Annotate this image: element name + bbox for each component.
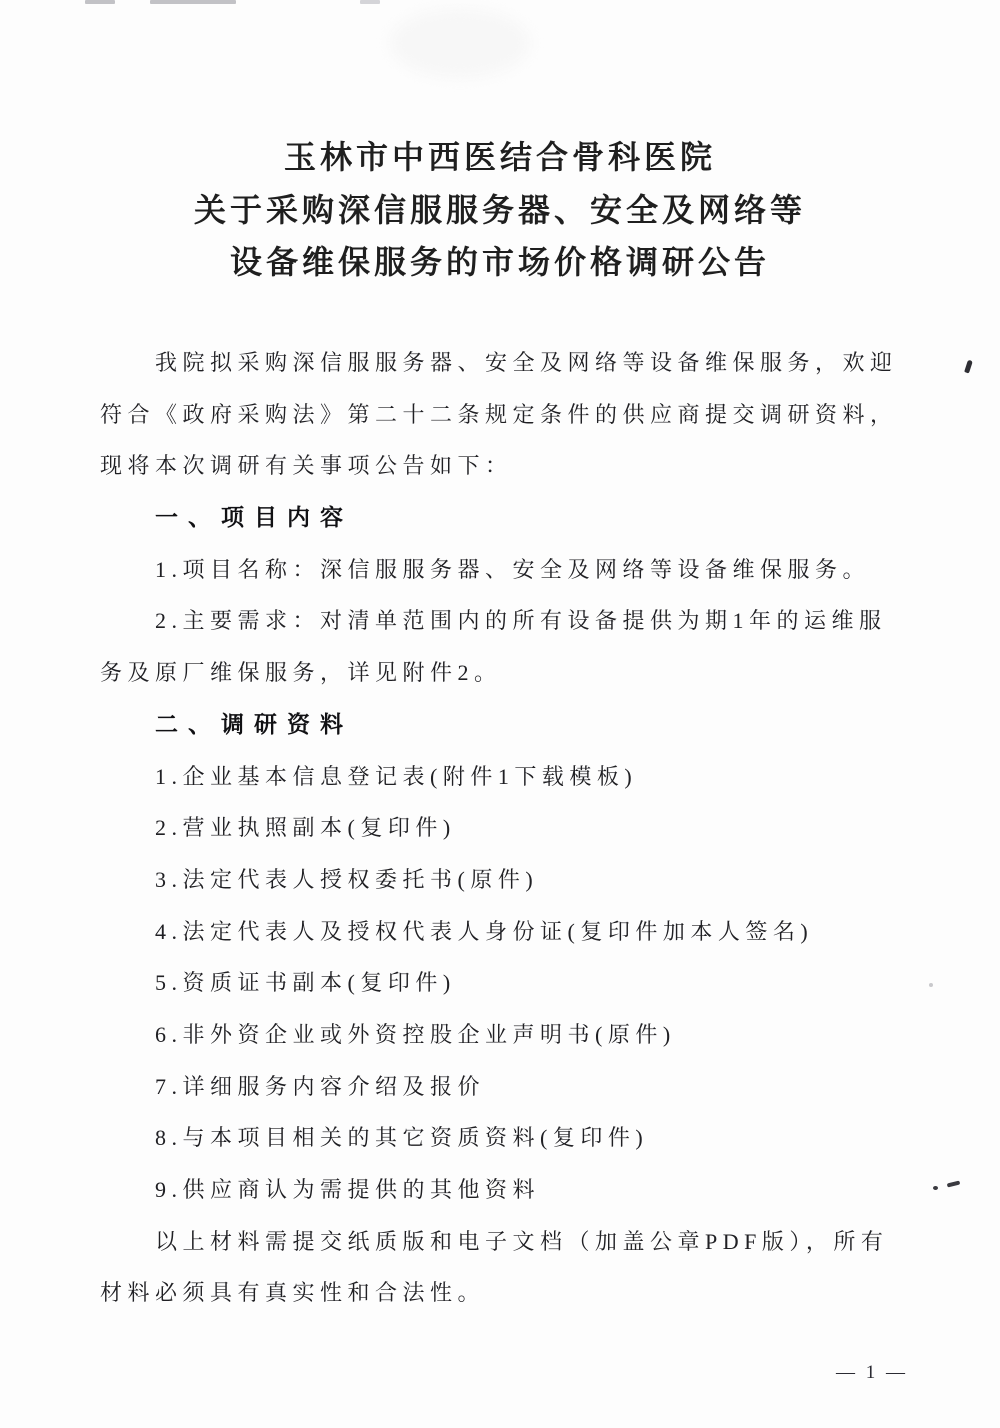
paragraph-intro: 现将本次调研有关事项公告如下： (100, 440, 912, 492)
list-item: 1.企业基本信息登记表(附件1下载模板) (100, 751, 912, 803)
title-line-3: 设备维保服务的市场价格调研公告 (0, 236, 1000, 289)
document-body: 我院拟采购深信服服务器、安全及网络等设备维保服务，欢迎 符合《政府采购法》第二十… (100, 337, 912, 1319)
paragraph-intro: 符合《政府采购法》第二十二条规定条件的供应商提交调研资料， (100, 389, 912, 441)
scan-artifact-speck (933, 1186, 938, 1190)
list-item: 5.资质证书副本(复印件) (100, 957, 912, 1009)
title-line-2: 关于采购深信服服务器、安全及网络等 (0, 184, 1000, 237)
list-item: 2.主要需求：对清单范围内的所有设备提供为期1年的运维服 (100, 595, 912, 647)
list-item: 1.项目名称：深信服服务器、安全及网络等设备维保服务。 (100, 544, 912, 596)
scan-artifact-dash (85, 0, 115, 4)
paragraph-intro: 我院拟采购深信服服务器、安全及网络等设备维保服务，欢迎 (100, 337, 912, 389)
section-heading-1: 一、项目内容 (100, 492, 912, 544)
list-item: 9.供应商认为需提供的其他资料 (100, 1164, 912, 1216)
document-title: 玉林市中西医结合骨科医院 关于采购深信服服务器、安全及网络等 设备维保服务的市场… (0, 131, 1000, 289)
list-item: 8.与本项目相关的其它资质资料(复印件) (100, 1112, 912, 1164)
scan-artifact-dash (360, 0, 380, 4)
list-item: 4.法定代表人及授权代表人身份证(复印件加本人签名) (100, 906, 912, 958)
paragraph-closing: 材料必须具有真实性和合法性。 (100, 1267, 912, 1319)
section-heading-2: 二、调研资料 (100, 699, 912, 751)
list-item: 6.非外资企业或外资控股企业声明书(原件) (100, 1009, 912, 1061)
page-number: — 1 — (836, 1362, 908, 1384)
scan-artifact-speck (947, 1180, 961, 1187)
list-item: 7.详细服务内容介绍及报价 (100, 1061, 912, 1113)
list-item-continuation: 务及原厂维保服务，详见附件2。 (100, 647, 912, 699)
scan-artifact-speck (929, 983, 933, 987)
paragraph-closing: 以上材料需提交纸质版和电子文档（加盖公章PDF版），所有 (100, 1216, 912, 1268)
scan-artifact-smudge (390, 8, 530, 78)
scanned-document-page: 玉林市中西医结合骨科医院 关于采购深信服服务器、安全及网络等 设备维保服务的市场… (0, 0, 1000, 1428)
title-line-1: 玉林市中西医结合骨科医院 (0, 131, 1000, 184)
scan-artifact-dash (150, 0, 236, 4)
list-item: 3.法定代表人授权委托书(原件) (100, 854, 912, 906)
list-item: 2.营业执照副本(复印件) (100, 802, 912, 854)
scan-artifact-speck (964, 360, 973, 374)
